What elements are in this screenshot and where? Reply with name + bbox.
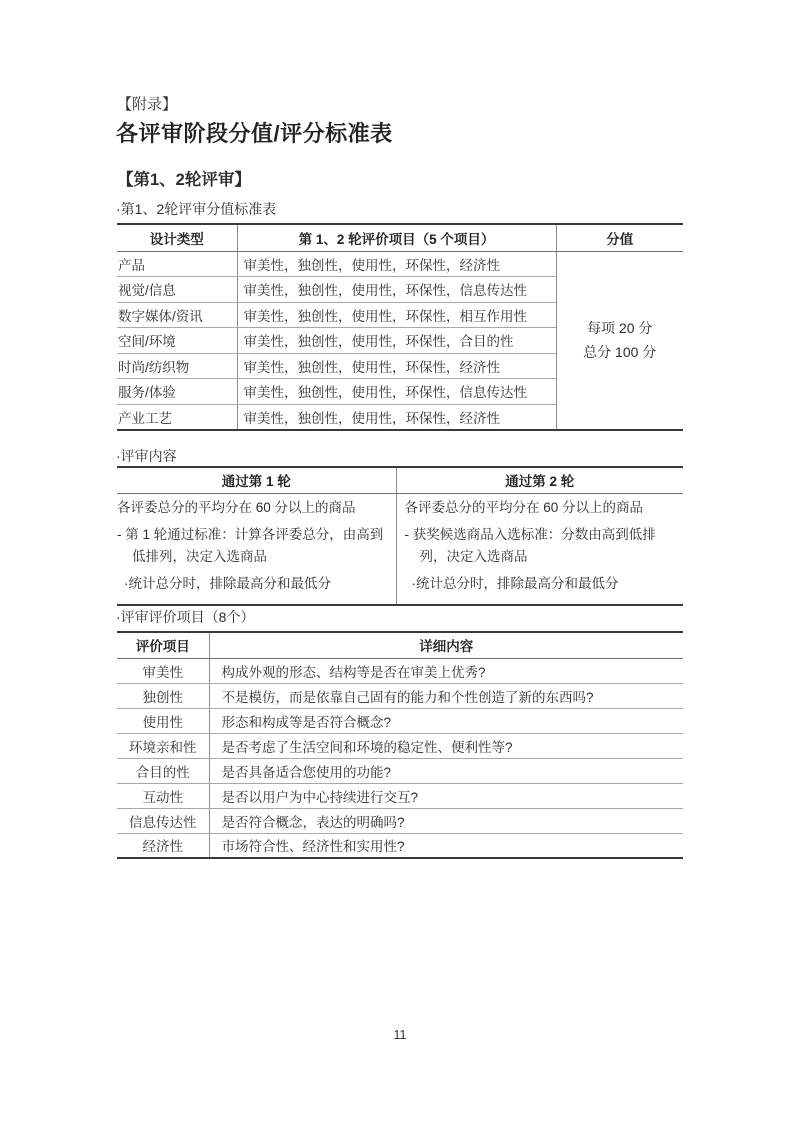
round-1-standard: - 第 1 轮通过标准：计算各评委总分，由高到低排列，决定入选商品	[117, 524, 390, 568]
round-2-content-cell: 各评委总分的平均分在 60 分以上的商品 - 获奖候选商品入选标准：分数由高到低…	[396, 493, 683, 605]
detail-cell: 市场符合性、经济性和实用性?	[209, 833, 683, 858]
header-pass-round-1: 通过第 1 轮	[117, 467, 396, 493]
round-2-standard: - 获奖候选商品入选标准：分数由高到低排列，决定入选商品	[405, 524, 678, 568]
score-note-line: 每项 20 分	[557, 316, 684, 340]
table-row: 审美性 构成外观的形态、结构等是否在审美上优秀?	[117, 658, 683, 683]
table-row: 信息传达性 是否符合概念，表达的明确吗?	[117, 808, 683, 833]
score-table-label: ·第1、2轮评审分值标准表	[116, 199, 276, 219]
eval-item-cell: 独创性	[117, 683, 209, 708]
eval-item-cell: 环境亲和性	[117, 733, 209, 758]
table-row: 互动性 是否以用户为中心持续进行交互?	[117, 783, 683, 808]
design-type-cell: 空间/环境	[117, 328, 237, 354]
review-content-label: ·评审内容	[116, 446, 177, 466]
document-page: 【附录】 各评审阶段分值/评分标准表 【第1、2轮评审】 ·第1、2轮评审分值标…	[0, 0, 800, 1130]
header-eval-items: 第 1、2 轮评价项目（5 个项目）	[237, 224, 556, 251]
criteria-cell: 审美性，独创性，使用性，环保性，相互作用性	[237, 302, 556, 328]
table-row: 合目的性 是否具备适合您使用的功能?	[117, 758, 683, 783]
detail-cell: 是否符合概念，表达的明确吗?	[209, 808, 683, 833]
table-row: 使用性 形态和构成等是否符合概念?	[117, 708, 683, 733]
header-eval-item: 评价项目	[117, 632, 209, 658]
detail-cell: 形态和构成等是否符合概念?	[209, 708, 683, 733]
round-1-content-cell: 各评委总分的平均分在 60 分以上的商品 - 第 1 轮通过标准：计算各评委总分…	[117, 493, 396, 605]
criteria-cell: 审美性，独创性，使用性，环保性，经济性	[237, 251, 556, 277]
section-heading-round-1-2: 【第1、2轮评审】	[117, 166, 251, 190]
table-header-row: 通过第 1 轮 通过第 2 轮	[117, 467, 683, 493]
detail-cell: 不是模仿，而是依靠自己固有的能力和个性创造了新的东西吗?	[209, 683, 683, 708]
page-title: 各评审阶段分值/评分标准表	[116, 117, 393, 148]
score-standard-table: 设计类型 第 1、2 轮评价项目（5 个项目） 分值 产品 审美性，独创性，使用…	[117, 223, 683, 431]
header-pass-round-2: 通过第 2 轮	[396, 467, 683, 493]
table-header-row: 设计类型 第 1、2 轮评价项目（5 个项目） 分值	[117, 224, 683, 251]
detail-cell: 构成外观的形态、结构等是否在审美上优秀?	[209, 658, 683, 683]
table-row: 经济性 市场符合性、经济性和实用性?	[117, 833, 683, 858]
round-1-line1: 各评委总分的平均分在 60 分以上的商品	[117, 497, 390, 519]
detail-cell: 是否考虑了生活空间和环境的稳定性、便利性等?	[209, 733, 683, 758]
round-2-line1: 各评委总分的平均分在 60 分以上的商品	[405, 497, 678, 519]
evaluation-items-table: 评价项目 详细内容 审美性 构成外观的形态、结构等是否在审美上优秀? 独创性 不…	[117, 631, 683, 859]
table-row: 独创性 不是模仿，而是依靠自己固有的能力和个性创造了新的东西吗?	[117, 683, 683, 708]
design-type-cell: 数字媒体/资讯	[117, 302, 237, 328]
header-detail: 详细内容	[209, 632, 683, 658]
criteria-cell: 审美性，独创性，使用性，环保性，信息传达性	[237, 379, 556, 405]
detail-cell: 是否以用户为中心持续进行交互?	[209, 783, 683, 808]
design-type-cell: 视觉/信息	[117, 277, 237, 303]
design-type-cell: 产品	[117, 251, 237, 277]
table-row: 环境亲和性 是否考虑了生活空间和环境的稳定性、便利性等?	[117, 733, 683, 758]
round-2-note: ·统计总分时，排除最高分和最低分	[405, 573, 678, 595]
eval-item-cell: 经济性	[117, 833, 209, 858]
criteria-cell: 审美性，独创性，使用性，环保性，经济性	[237, 404, 556, 430]
eval-item-cell: 审美性	[117, 658, 209, 683]
design-type-cell: 服务/体验	[117, 379, 237, 405]
design-type-cell: 时尚/纺织物	[117, 353, 237, 379]
header-design-type: 设计类型	[117, 224, 237, 251]
detail-cell: 是否具备适合您使用的功能?	[209, 758, 683, 783]
table-header-row: 评价项目 详细内容	[117, 632, 683, 658]
header-score: 分值	[556, 224, 683, 251]
criteria-cell: 审美性，独创性，使用性，环保性，经济性	[237, 353, 556, 379]
eval-item-cell: 互动性	[117, 783, 209, 808]
page-number: 11	[0, 1028, 800, 1042]
review-content-table: 通过第 1 轮 通过第 2 轮 各评委总分的平均分在 60 分以上的商品 - 第…	[117, 466, 683, 606]
design-type-cell: 产业工艺	[117, 404, 237, 430]
evaluation-items-label: ·评审评价项目（8个）	[116, 607, 254, 627]
table-row: 产品 审美性，独创性，使用性，环保性，经济性 每项 20 分 总分 100 分	[117, 251, 683, 277]
eval-item-cell: 信息传达性	[117, 808, 209, 833]
appendix-label: 【附录】	[117, 93, 177, 114]
criteria-cell: 审美性，独创性，使用性，环保性，信息传达性	[237, 277, 556, 303]
eval-item-cell: 使用性	[117, 708, 209, 733]
score-note-cell: 每项 20 分 总分 100 分	[556, 251, 683, 430]
score-note-line: 总分 100 分	[557, 340, 684, 364]
table-row: 各评委总分的平均分在 60 分以上的商品 - 第 1 轮通过标准：计算各评委总分…	[117, 493, 683, 605]
criteria-cell: 审美性，独创性，使用性，环保性，合目的性	[237, 328, 556, 354]
round-1-note: ·统计总分时，排除最高分和最低分	[117, 573, 390, 595]
eval-item-cell: 合目的性	[117, 758, 209, 783]
